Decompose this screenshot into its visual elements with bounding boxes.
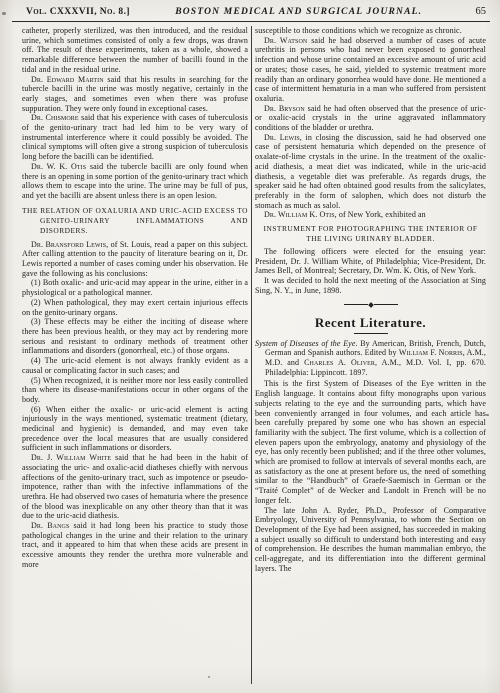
ornament-divider xyxy=(255,296,486,310)
paragraph: Dr. Lewis, in closing the discussion, sa… xyxy=(255,133,486,211)
book-citation: System of Diseases of the Eye. By Americ… xyxy=(255,339,486,378)
text-run: susceptible to those conditions which we… xyxy=(255,26,462,35)
paragraph: Dr. William K. Otis, of New York, exhibi… xyxy=(255,210,486,220)
paragraph: Dr. Bransford Lewis, of St. Louis, read … xyxy=(22,240,248,279)
text-run: said that he had been in the habit of as… xyxy=(22,453,248,520)
text-run: The following officers were elected for … xyxy=(255,247,486,275)
text-run: INSTRUMENT FOR PHOTOGRAPHING THE INTERIO… xyxy=(264,224,478,243)
text-run: THE RELATION OF OXALURIA AND URIC-ACID E… xyxy=(22,206,248,235)
text-run: This is the first System of Diseases of … xyxy=(255,379,486,504)
left-column: catheter, properly sterilized, was then … xyxy=(22,26,248,684)
journal-page: Vol. CXXXVII, No. 8.] BOSTON MEDICAL AND… xyxy=(0,0,500,693)
paragraph: Dr. Chismore said that his experience wi… xyxy=(22,113,248,162)
text-run: , in closing the discussion, said he had… xyxy=(255,133,486,210)
smallcaps-text: Dr. Chismore xyxy=(31,113,79,122)
smallcaps-text: Dr. Bryson xyxy=(264,104,305,113)
page-number: 65 xyxy=(468,6,487,17)
exhibit-heading: INSTRUMENT FOR PHOTOGRAPHING THE INTERIO… xyxy=(255,220,486,247)
ornament-rule xyxy=(344,304,368,305)
text-run: Recent Literature. xyxy=(315,315,426,330)
volume-issue-label: Vol. CXXXVII, No. 8.] xyxy=(26,7,130,17)
paragraph: (2) When pathological, they may exert ce… xyxy=(22,298,248,317)
italic-text: System of Diseases of the Eye. xyxy=(255,339,358,348)
text-run: (3) These effects may be either the inci… xyxy=(22,317,248,355)
journal-title: BOSTON MEDICAL AND SURGICAL JOURNAL. xyxy=(130,7,468,17)
ornament-rule xyxy=(374,304,398,305)
paragraph: (6) When either the oxalic- or uric-acid… xyxy=(22,405,248,454)
paragraph: The late John A. Ryder, Ph.D., Professor… xyxy=(255,506,486,574)
page-header: Vol. CXXXVII, No. 8.] BOSTON MEDICAL AND… xyxy=(0,0,500,17)
section-title: Recent Literature. xyxy=(255,310,486,334)
column-divider-rule xyxy=(251,26,252,684)
paragraph: susceptible to those conditions which we… xyxy=(255,26,486,36)
paragraph: Dr. Bangs said it had long been his prac… xyxy=(22,521,248,570)
paragraph: (5) When recognized, it is neither more … xyxy=(22,376,248,405)
smallcaps-text: Charles A. Oliver xyxy=(304,358,375,367)
smallcaps-text: Dr. Bangs xyxy=(31,521,69,530)
text-run: said he had observed a number of cases o… xyxy=(255,36,486,103)
text-run: (4) The uric-acid element is not always … xyxy=(22,356,248,375)
article-heading: THE RELATION OF OXALURIA AND URIC-ACID E… xyxy=(22,201,248,240)
paragraph: It was decided to hold the next meeting … xyxy=(255,276,486,295)
paragraph: (3) These effects may be either the inci… xyxy=(22,317,248,356)
text-run: (6) When either the oxalic- or uric-acid… xyxy=(22,405,248,453)
text-run: It was decided to hold the next meeting … xyxy=(255,276,486,295)
paragraph: catheter, properly sterilized, was then … xyxy=(22,26,248,75)
text-run: , of New York, exhibited an xyxy=(335,210,426,219)
paragraph: This is the first System of Diseases of … xyxy=(255,379,486,505)
smallcaps-text: Dr. William K. Otis xyxy=(264,210,335,219)
smallcaps-text: Dr. W. K. Otis xyxy=(31,162,86,171)
paragraph: The following officers were elected for … xyxy=(255,247,486,276)
smallcaps-text: Dr. J. William White xyxy=(31,453,111,462)
paragraph: (4) The uric-acid element is not always … xyxy=(22,356,248,375)
paragraph: (1) Both oxalic- and uric-acid may appea… xyxy=(22,278,248,297)
smallcaps-text: Dr. Bransford Lewis xyxy=(31,240,106,249)
smallcaps-text: Dr. Edward Martin xyxy=(31,75,104,84)
text-run: catheter, properly sterilized, was then … xyxy=(22,26,248,74)
text-run: (5) When recognized, it is neither more … xyxy=(22,376,248,404)
paragraph: Dr. Watson said he had observed a number… xyxy=(255,36,486,104)
right-column: susceptible to those conditions which we… xyxy=(255,26,486,684)
text-run: The late John A. Ryder, Ph.D., Professor… xyxy=(255,506,486,573)
smallcaps-text: William F. Norris xyxy=(399,348,463,357)
text-run: (1) Both oxalic- and uric-acid may appea… xyxy=(22,278,248,297)
text-columns: catheter, properly sterilized, was then … xyxy=(0,22,500,684)
text-run: (2) When pathological, they may exert ce… xyxy=(22,298,248,317)
paragraph: Dr. J. William White said that he had be… xyxy=(22,453,248,521)
diamond-ornament-icon xyxy=(368,302,374,308)
paragraph: Dr. Bryson said he had often observed th… xyxy=(255,104,486,133)
paragraph: Dr. Edward Martin said that his results … xyxy=(22,75,248,114)
paragraph: Dr. W. K. Otis said the tubercle bacilli… xyxy=(22,162,248,201)
smallcaps-text: Dr. Lewis xyxy=(264,133,300,142)
smallcaps-text: Dr. Watson xyxy=(264,36,307,45)
